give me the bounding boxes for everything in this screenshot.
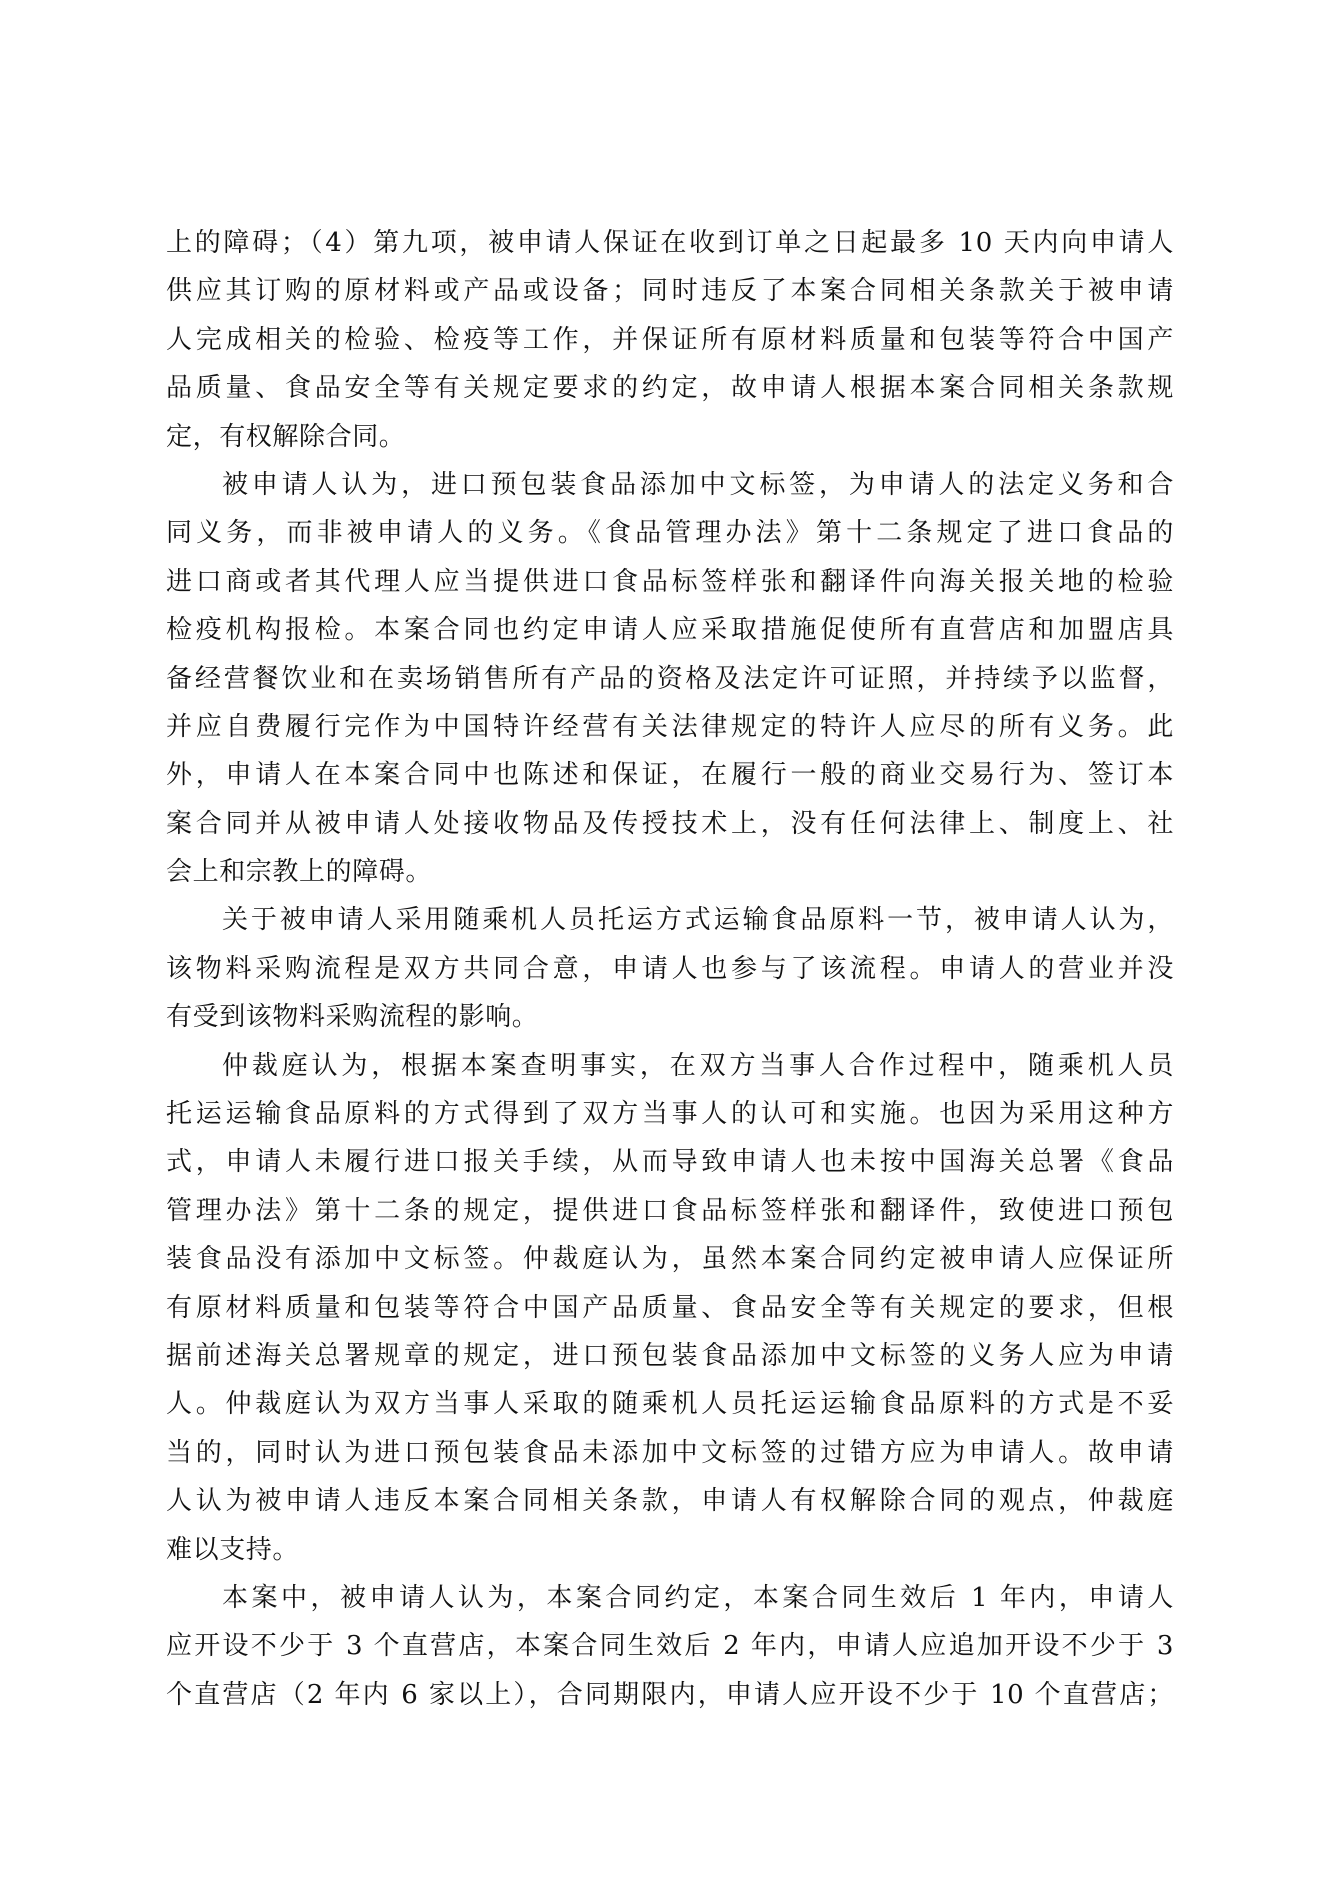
text-line: 仲裁庭认为，根据本案查明事实，在双方当事人合作过程中，随乘机人员 <box>166 1042 1174 1090</box>
text-line: 会上和宗教上的障碍。 <box>166 848 1174 896</box>
paragraph-1: 上的障碍；（4）第九项，被申请人保证在收到订单之日起最多 10 天内向申请人 供… <box>166 219 1174 461</box>
text-line: 当的，同时认为进口预包装食品未添加中文标签的过错方应为申请人。故申请 <box>166 1429 1174 1477</box>
text-line: 同义务，而非被申请人的义务。《食品管理办法》第十二条规定了进口食品的 <box>166 509 1174 557</box>
text-line: 关于被申请人采用随乘机人员托运方式运输食品原料一节，被申请人认为， <box>166 896 1174 944</box>
text-line: 备经营餐饮业和在卖场销售所有产品的资格及法定许可证照，并持续予以监督， <box>166 655 1174 703</box>
text-line: 品质量、食品安全等有关规定要求的约定，故申请人根据本案合同相关条款规 <box>166 364 1174 412</box>
text-line: 该物料采购流程是双方共同合意，申请人也参与了该流程。申请人的营业并没 <box>166 945 1174 993</box>
paragraph-2: 被申请人认为，进口预包装食品添加中文标签，为申请人的法定义务和合 同义务，而非被… <box>166 461 1174 897</box>
text-line: 外，申请人在本案合同中也陈述和保证，在履行一般的商业交易行为、签订本 <box>166 751 1174 799</box>
text-line: 人。仲裁庭认为双方当事人采取的随乘机人员托运运输食品原料的方式是不妥 <box>166 1380 1174 1428</box>
text-line: 托运运输食品原料的方式得到了双方当事人的认可和实施。也因为采用这种方 <box>166 1090 1174 1138</box>
text-line: 案合同并从被申请人处接收物品及传授技术上，没有任何法律上、制度上、社 <box>166 800 1174 848</box>
text-line: 人认为被申请人违反本案合同相关条款，申请人有权解除合同的观点，仲裁庭 <box>166 1477 1174 1525</box>
text-line: 装食品没有添加中文标签。仲裁庭认为，虽然本案合同约定被申请人应保证所 <box>166 1235 1174 1283</box>
text-line: 检疫机构报检。本案合同也约定申请人应采取措施促使所有直营店和加盟店具 <box>166 606 1174 654</box>
text-line: 应开设不少于 3 个直营店，本案合同生效后 2 年内，申请人应追加开设不少于 3 <box>166 1622 1174 1670</box>
text-line: 有受到该物料采购流程的影响。 <box>166 993 1174 1041</box>
text-line: 进口商或者其代理人应当提供进口食品标签样张和翻译件向海关报关地的检验 <box>166 558 1174 606</box>
text-line: 式，申请人未履行进口报关手续，从而导致申请人也未按中国海关总署《食品 <box>166 1138 1174 1186</box>
paragraph-4: 仲裁庭认为，根据本案查明事实，在双方当事人合作过程中，随乘机人员 托运运输食品原… <box>166 1042 1174 1574</box>
text-line: 人完成相关的检验、检疫等工作，并保证所有原材料质量和包装等符合中国产 <box>166 316 1174 364</box>
text-line: 被申请人认为，进口预包装食品添加中文标签，为申请人的法定义务和合 <box>166 461 1174 509</box>
paragraph-3: 关于被申请人采用随乘机人员托运方式运输食品原料一节，被申请人认为， 该物料采购流… <box>166 896 1174 1041</box>
text-line: 上的障碍；（4）第九项，被申请人保证在收到订单之日起最多 10 天内向申请人 <box>166 219 1174 267</box>
document-page: 上的障碍；（4）第九项，被申请人保证在收到订单之日起最多 10 天内向申请人 供… <box>166 219 1174 1719</box>
text-line: 并应自费履行完作为中国特许经营有关法律规定的特许人应尽的所有义务。此 <box>166 703 1174 751</box>
text-line: 供应其订购的原材料或产品或设备；同时违反了本案合同相关条款关于被申请 <box>166 267 1174 315</box>
text-line: 有原材料质量和包装等符合中国产品质量、食品安全等有关规定的要求，但根 <box>166 1284 1174 1332</box>
text-line: 本案中，被申请人认为，本案合同约定，本案合同生效后 1 年内，申请人 <box>166 1574 1174 1622</box>
text-line: 个直营店（2 年内 6 家以上），合同期限内，申请人应开设不少于 10 个直营店… <box>166 1671 1174 1719</box>
text-line: 据前述海关总署规章的规定，进口预包装食品添加中文标签的义务人应为申请 <box>166 1332 1174 1380</box>
text-line: 难以支持。 <box>166 1526 1174 1574</box>
text-line: 管理办法》第十二条的规定，提供进口食品标签样张和翻译件，致使进口预包 <box>166 1187 1174 1235</box>
text-line: 定，有权解除合同。 <box>166 413 1174 461</box>
paragraph-5: 本案中，被申请人认为，本案合同约定，本案合同生效后 1 年内，申请人 应开设不少… <box>166 1574 1174 1719</box>
